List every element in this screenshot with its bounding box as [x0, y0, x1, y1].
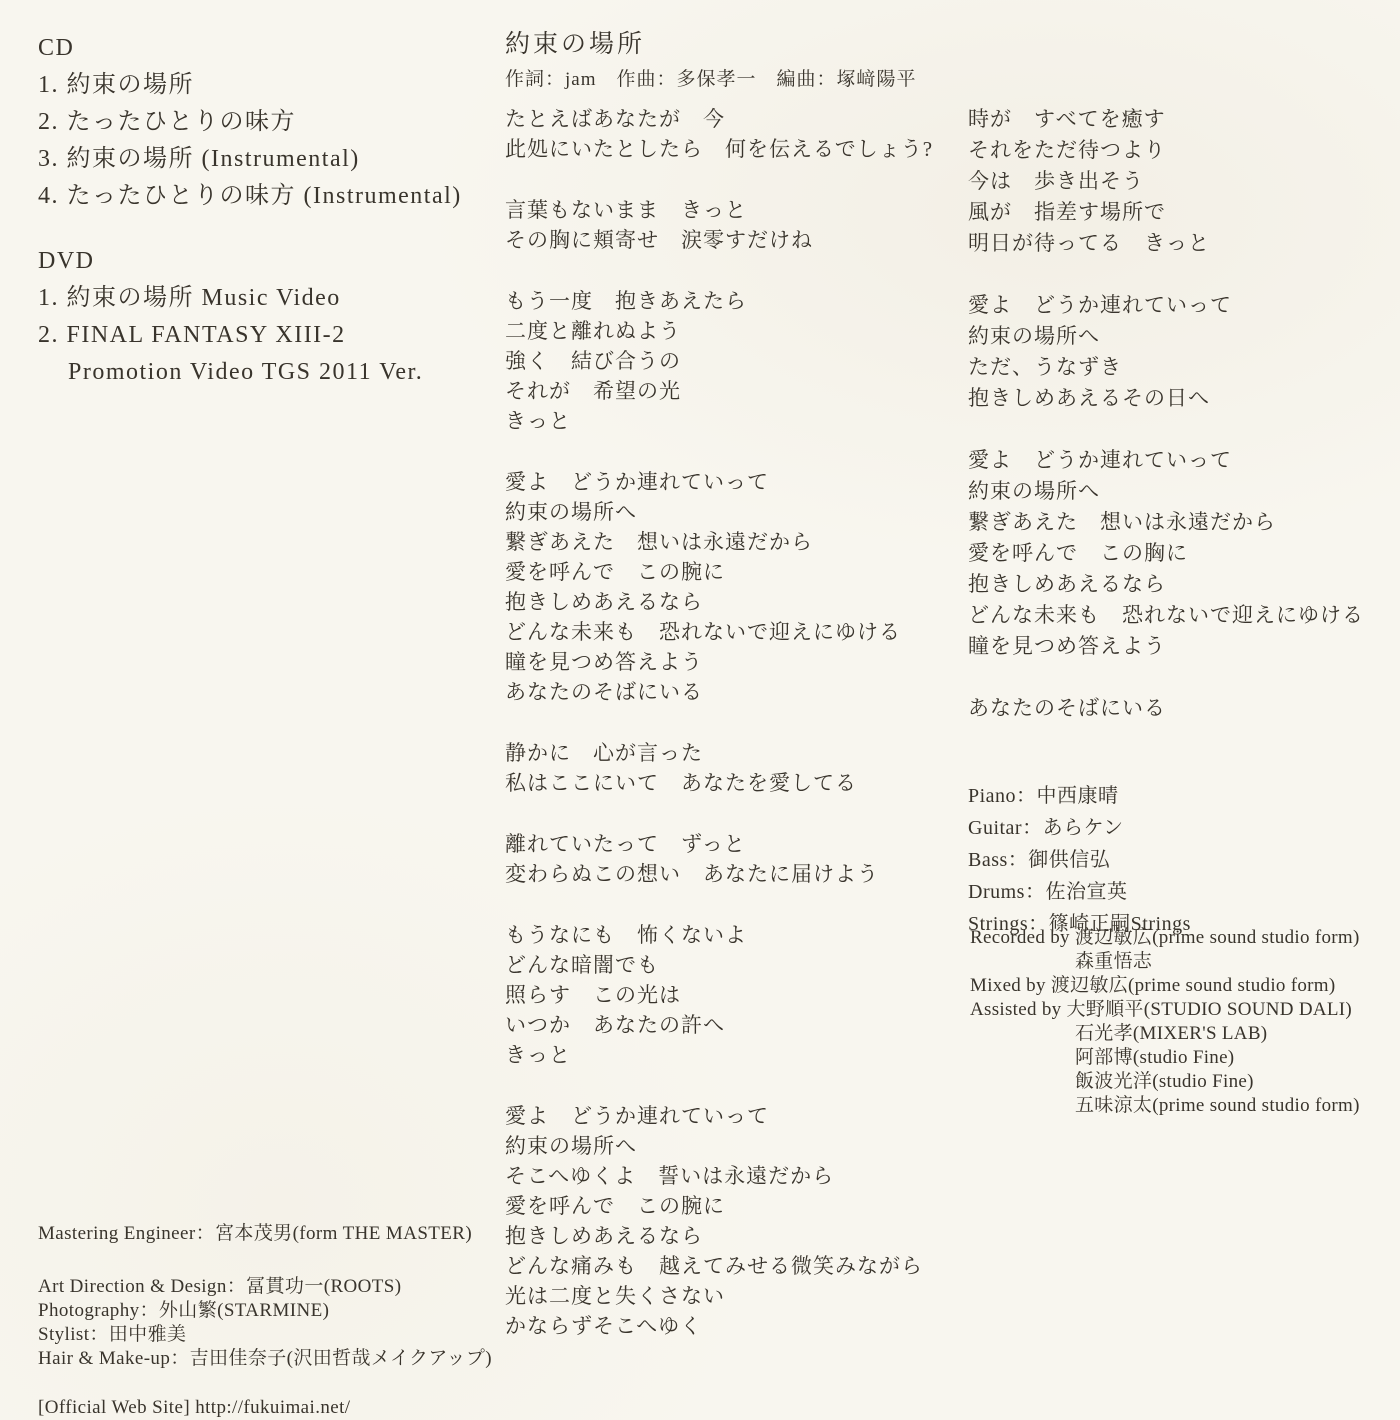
recording-credits: Recorded by 渡辺敏広(prime sound studio form… [970, 926, 1360, 1118]
staff-credit-line: Photography：外山繁(STARMINE) [38, 1299, 492, 1323]
lyric-line: 時が すべてを癒す [968, 104, 1364, 135]
lyric-line: 静かに 心が言った [505, 738, 933, 768]
musician-credit-line: Guitar：あらケン [968, 812, 1191, 844]
lyric-line: それが 希望の光 [505, 376, 933, 406]
recording-credit-line: Recorded by 渡辺敏広(prime sound studio form… [970, 926, 1360, 950]
lyric-line: 愛よ どうか連れていって [505, 467, 933, 497]
booklet-page: CD 1. 約束の場所2. たったひとりの味方3. 約束の場所 (Instrum… [0, 0, 1400, 1420]
recording-credit-line: 飯波光洋(studio Fine) [970, 1070, 1360, 1094]
lyrics-column-1: たとえばあなたが 今此処にいたとしたら 何を伝えるでしょう?言葉もないまま きっ… [505, 104, 933, 1372]
musician-credit-line: Bass：御供信弘 [968, 844, 1191, 876]
dvd-track-item: Promotion Video TGS 2011 Ver. [38, 354, 462, 391]
lyric-line: 風が 指差す場所で [968, 197, 1364, 228]
lyric-line: どんな暗闇でも [505, 950, 933, 980]
recording-credit-line: Assisted by 大野順平(STUDIO SOUND DALI) [970, 998, 1360, 1022]
lyric-line: それをただ待つより [968, 135, 1364, 166]
musician-credits: Piano：中西康晴Guitar：あらケンBass：御供信弘Drums：佐治宣英… [968, 780, 1191, 940]
recording-credit-line: 五味涼太(prime sound studio form) [970, 1094, 1360, 1118]
lyric-line: あなたのそばにいる [505, 677, 933, 707]
dvd-track-item: 1. 約束の場所 Music Video [38, 280, 462, 317]
mastering-credit: Mastering Engineer：宮本茂男(form THE MASTER) [38, 1222, 492, 1246]
song-title: 約束の場所 [505, 28, 917, 62]
design-staff-list: Art Direction & Design：冨貫功一(ROOTS)Photog… [38, 1275, 492, 1371]
lyric-line: たとえばあなたが 今 [505, 104, 933, 134]
lyric-line: あなたのそばにいる [968, 693, 1364, 724]
lyric-line: 明日が待ってる きっと [968, 228, 1364, 259]
staff-credit-line: Art Direction & Design：冨貫功一(ROOTS) [38, 1275, 492, 1299]
lyric-line: もうなにも 怖くないよ [505, 920, 933, 950]
musician-credit-line: Piano：中西康晴 [968, 780, 1191, 812]
lyric-line: その胸に頬寄せ 涙零すだけね [505, 225, 933, 255]
lyric-line: どんな未来も 恐れないで迎えにゆける [505, 617, 933, 647]
lyric-line: 離れていたって ずっと [505, 829, 933, 859]
song-writing-credits: 作詞：jam 作曲：多保孝一 編曲：塚﨑陽平 [505, 68, 917, 92]
recording-credit-line: 森重悟志 [970, 950, 1360, 974]
lyric-stanza: 愛よ どうか連れていって約束の場所へ繋ぎあえた 想いは永遠だから愛を呼んで この… [505, 467, 933, 707]
lyric-line: 愛よ どうか連れていって [968, 290, 1364, 321]
cd-header: CD [38, 30, 462, 67]
lyric-stanza: もうなにも 怖くないよどんな暗闇でも照らす この光はいつか あなたの許へきっと [505, 920, 933, 1070]
lyric-line: どんな未来も 恐れないで迎えにゆける [968, 600, 1364, 631]
lyric-line: ただ、うなずき [968, 352, 1364, 383]
cd-track-item: 3. 約束の場所 (Instrumental) [38, 141, 462, 178]
lyric-line: 抱きしめあえるなら [968, 569, 1364, 600]
lyric-line: 強く 結び合うの [505, 346, 933, 376]
recording-credit-line: 阿部博(studio Fine) [970, 1046, 1360, 1070]
lyric-line: 約束の場所へ [968, 321, 1364, 352]
dvd-track-list: 1. 約束の場所 Music Video2. FINAL FANTASY XII… [38, 280, 462, 391]
lyric-line: 抱きしめあえるなら [505, 587, 933, 617]
dvd-track-item: 2. FINAL FANTASY XIII-2 [38, 317, 462, 354]
cd-track-list: 1. 約束の場所2. たったひとりの味方3. 約束の場所 (Instrument… [38, 67, 462, 215]
lyric-line: そこへゆくよ 誓いは永遠だから [505, 1161, 933, 1191]
lyric-stanza: 離れていたって ずっと変わらぬこの想い あなたに届けよう [505, 829, 933, 889]
lyric-line: いつか あなたの許へ [505, 1010, 933, 1040]
lyric-line: 約束の場所へ [968, 476, 1364, 507]
lyric-stanza: 静かに 心が言った私はここにいて あなたを愛してる [505, 738, 933, 798]
lyric-line: きっと [505, 406, 933, 436]
lyrics-column-2: 時が すべてを癒すそれをただ待つより今は 歩き出そう風が 指差す場所で明日が待っ… [968, 104, 1364, 755]
musician-credit-line: Drums：佐治宣英 [968, 876, 1191, 908]
lyric-line: 瞳を見つめ答えよう [968, 631, 1364, 662]
cd-track-item: 1. 約束の場所 [38, 67, 462, 104]
lyric-line: どんな痛みも 越えてみせる微笑みながら [505, 1251, 933, 1281]
lyric-line: もう一度 抱きあえたら [505, 286, 933, 316]
lyric-line: 抱きしめあえるなら [505, 1221, 933, 1251]
lyric-line: 愛よ どうか連れていって [505, 1101, 933, 1131]
cd-track-item: 2. たったひとりの味方 [38, 104, 462, 141]
lyric-line: 約束の場所へ [505, 497, 933, 527]
lyric-line: 繋ぎあえた 想いは永遠だから [505, 527, 933, 557]
lyric-line: 愛よ どうか連れていって [968, 445, 1364, 476]
lyric-stanza: たとえばあなたが 今此処にいたとしたら 何を伝えるでしょう? [505, 104, 933, 164]
lyric-line: 言葉もないまま きっと [505, 195, 933, 225]
lyric-line: 私はここにいて あなたを愛してる [505, 768, 933, 798]
staff-credit-line: Stylist：田中雅美 [38, 1323, 492, 1347]
lyric-line: 繋ぎあえた 想いは永遠だから [968, 507, 1364, 538]
lyric-line: 愛を呼んで この胸に [968, 538, 1364, 569]
lyric-line: 約束の場所へ [505, 1131, 933, 1161]
lyric-stanza: 愛よ どうか連れていって約束の場所へ繋ぎあえた 想いは永遠だから愛を呼んで この… [968, 445, 1364, 662]
dvd-block: DVD 1. 約束の場所 Music Video2. FINAL FANTASY… [38, 243, 462, 391]
lyric-stanza: 愛よ どうか連れていって約束の場所へただ、うなずき抱きしめあえるその日へ [968, 290, 1364, 414]
song-header: 約束の場所 作詞：jam 作曲：多保孝一 編曲：塚﨑陽平 [505, 28, 917, 92]
official-website: [Official Web Site] http://fukuimai.net/ [38, 1396, 492, 1420]
lyric-line: 光は二度と失くさない [505, 1281, 933, 1311]
staff-credits: Mastering Engineer：宮本茂男(form THE MASTER)… [38, 1222, 492, 1420]
lyric-line: 此処にいたとしたら 何を伝えるでしょう? [505, 134, 933, 164]
lyric-line: 照らす この光は [505, 980, 933, 1010]
lyric-stanza: あなたのそばにいる [968, 693, 1364, 724]
recording-credit-line: Mixed by 渡辺敏広(prime sound studio form) [970, 974, 1360, 998]
lyric-stanza: もう一度 抱きあえたら二度と離れぬよう強く 結び合うのそれが 希望の光きっと [505, 286, 933, 436]
lyric-line: 愛を呼んで この腕に [505, 1191, 933, 1221]
lyric-stanza: 言葉もないまま きっとその胸に頬寄せ 涙零すだけね [505, 195, 933, 255]
lyric-line: 変わらぬこの想い あなたに届けよう [505, 859, 933, 889]
lyric-line: 瞳を見つめ答えよう [505, 647, 933, 677]
lyric-line: かならずそこへゆく [505, 1311, 933, 1341]
tracklist-section: CD 1. 約束の場所2. たったひとりの味方3. 約束の場所 (Instrum… [38, 30, 462, 391]
lyric-line: 今は 歩き出そう [968, 166, 1364, 197]
lyric-line: 抱きしめあえるその日へ [968, 383, 1364, 414]
staff-credit-line: Hair & Make-up：吉田佳奈子(沢田哲哉メイクアップ) [38, 1347, 492, 1371]
cd-track-item: 4. たったひとりの味方 (Instrumental) [38, 178, 462, 215]
lyric-line: 二度と離れぬよう [505, 316, 933, 346]
recording-credit-line: 石光孝(MIXER'S LAB) [970, 1022, 1360, 1046]
lyric-line: きっと [505, 1040, 933, 1070]
dvd-header: DVD [38, 243, 462, 280]
lyric-stanza: 愛よ どうか連れていって約束の場所へそこへゆくよ 誓いは永遠だから愛を呼んで こ… [505, 1101, 933, 1341]
lyric-line: 愛を呼んで この腕に [505, 557, 933, 587]
lyric-stanza: 時が すべてを癒すそれをただ待つより今は 歩き出そう風が 指差す場所で明日が待っ… [968, 104, 1364, 259]
